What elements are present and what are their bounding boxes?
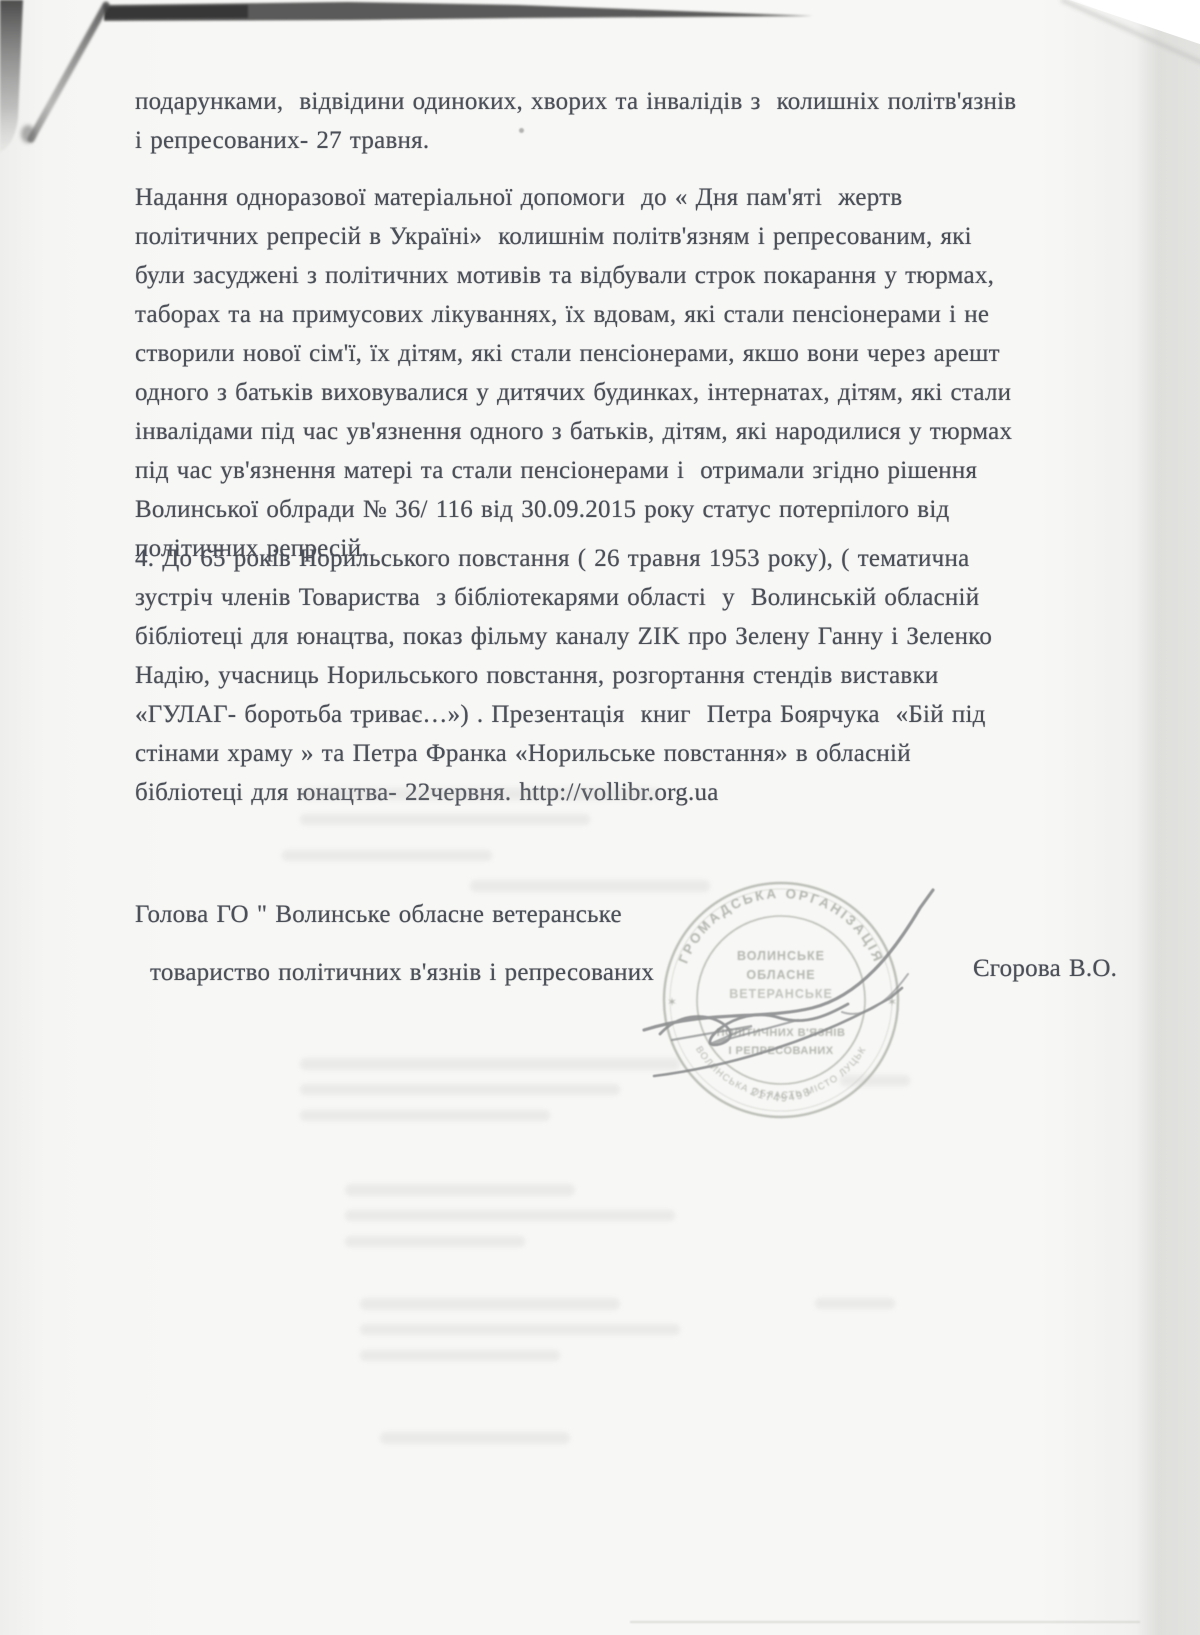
- scan-bottom-edge-line: [630, 1621, 1140, 1623]
- closing-role-line-2: товариство політичних в'язнів і репресов…: [142, 959, 654, 987]
- svg-text:21749498: 21749498: [748, 1086, 813, 1105]
- signer-name: Єгорова В.О.: [973, 955, 1117, 983]
- stamp-star-right: ✶: [887, 995, 897, 1009]
- stamp-star-left: ✶: [667, 995, 677, 1009]
- text-line: були засуджені з політичних мотивів та в…: [135, 256, 1115, 295]
- stamp-ring-text-top: ГРОМАДСЬКА ОРГАНІЗАЦІЯ: [676, 886, 887, 966]
- page-corner-fold: [1048, 0, 1200, 92]
- text-line: створили нової сім'ї, їх дітям, які стал…: [135, 334, 1115, 373]
- stamp-center-line: ОБЛАСНЕ: [746, 968, 815, 982]
- text-line: Надію, учасниць Норильського повстання, …: [135, 656, 1115, 695]
- closing-role-line-1: Голова ГО " Волинське обласне ветеранськ…: [135, 901, 622, 929]
- stamp-center-line: І РЕПРЕСОВАНИХ: [728, 1045, 833, 1057]
- text-line: «ГУЛАГ- боротьба триває…») . Презентація…: [135, 695, 1115, 734]
- paragraph-norilsk-uprising: 4. До 65 років Норильського повстання ( …: [135, 539, 1115, 812]
- text-line: політичних репресій в Україні» колишнім …: [135, 217, 1115, 256]
- text-line: таборах та на примусових лікуваннях, їх …: [135, 295, 1115, 334]
- stamp-center-line: ПОЛІТИЧНИХ В'ЯЗНІВ: [717, 1027, 846, 1039]
- text-line: одного з батьків виховувалися у дитячих …: [135, 373, 1115, 412]
- stamp-center-line: ВОЛИНСЬКЕ: [737, 949, 825, 963]
- text-line: під час ув'язнення матері та стали пенсі…: [135, 451, 1115, 490]
- svg-text:ВОЛИНСЬКА ОБЛАСТЬ МІСТО ЛУЦЬК: ВОЛИНСЬКА ОБЛАСТЬ МІСТО ЛУЦЬК: [693, 1044, 869, 1101]
- text-line: 4. До 65 років Норильського повстання ( …: [135, 539, 1115, 578]
- text-line: і репресованих- 27 травня.: [135, 121, 1115, 160]
- text-line: стінами храму » та Петра Франка «Норильс…: [135, 734, 1115, 773]
- text-line: Надання одноразової матеріальної допомог…: [135, 178, 1115, 217]
- paragraph-gifts-visits: подарунками, відвідини одиноких, хворих …: [135, 82, 1115, 160]
- page-right-edge-shadow: [1136, 0, 1200, 1635]
- svg-text:ГРОМАДСЬКА ОРГАНІЗАЦІЯ: ГРОМАДСЬКА ОРГАНІЗАЦІЯ: [676, 886, 887, 966]
- text-line: бібліотеці для юнацтва, показ фільму кан…: [135, 617, 1115, 656]
- text-line: зустріч членів Товариства з бібліотекаря…: [135, 578, 1115, 617]
- text-line: подарунками, відвідини одиноких, хворих …: [135, 82, 1115, 121]
- org-round-stamp: ГРОМАДСЬКА ОРГАНІЗАЦІЯ ВОЛИНСЬКА ОБЛАСТЬ…: [633, 848, 935, 1133]
- text-line: Волинської облради № 36/ 116 від 30.09.2…: [135, 490, 1115, 529]
- stamp-center-line: ВЕТЕРАНСЬКЕ: [729, 987, 833, 1001]
- text-line: інвалідами під час ув'язнення одного з б…: [135, 412, 1115, 451]
- stamp-registration-number: 21749498: [748, 1086, 813, 1105]
- handwritten-signature: [602, 862, 1022, 1122]
- stamp-ring-text-bottom: ВОЛИНСЬКА ОБЛАСТЬ МІСТО ЛУЦЬК: [693, 1044, 869, 1101]
- text-line-with-url: бібліотеці для юнацтва- 22червня. http:/…: [135, 773, 1115, 812]
- scan-top-edge-artifact: [98, 0, 828, 30]
- page-corner-fold-shadow: [1060, 0, 1200, 71]
- paragraph-material-aid: Надання одноразової матеріальної допомог…: [135, 178, 1115, 568]
- scanned-page: подарунками, відвідини одиноких, хворих …: [0, 0, 1200, 1635]
